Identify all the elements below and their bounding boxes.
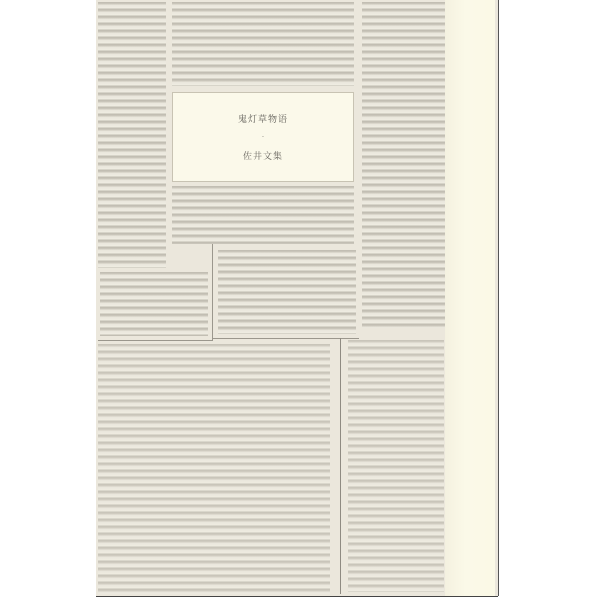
book-cover: 鬼灯草物语 · 佐井文集 <box>96 0 498 596</box>
text-column-bottom-left <box>98 344 330 594</box>
column-divider <box>340 338 341 594</box>
title-label: 鬼灯草物语 · 佐井文集 <box>172 92 354 182</box>
cover-edge-band <box>445 0 495 596</box>
text-column-center-mid <box>172 186 354 244</box>
text-column-left-top <box>98 2 166 268</box>
text-column-center-top <box>172 2 354 86</box>
text-column-center-boxed <box>218 250 356 334</box>
book-title: 鬼灯草物语 <box>238 112 288 125</box>
text-column-bottom-right <box>348 340 444 592</box>
text-column-left-mid <box>100 272 208 336</box>
text-column-right <box>362 2 445 328</box>
title-separator: · <box>262 133 264 141</box>
book-author: 佐井文集 <box>243 149 283 162</box>
